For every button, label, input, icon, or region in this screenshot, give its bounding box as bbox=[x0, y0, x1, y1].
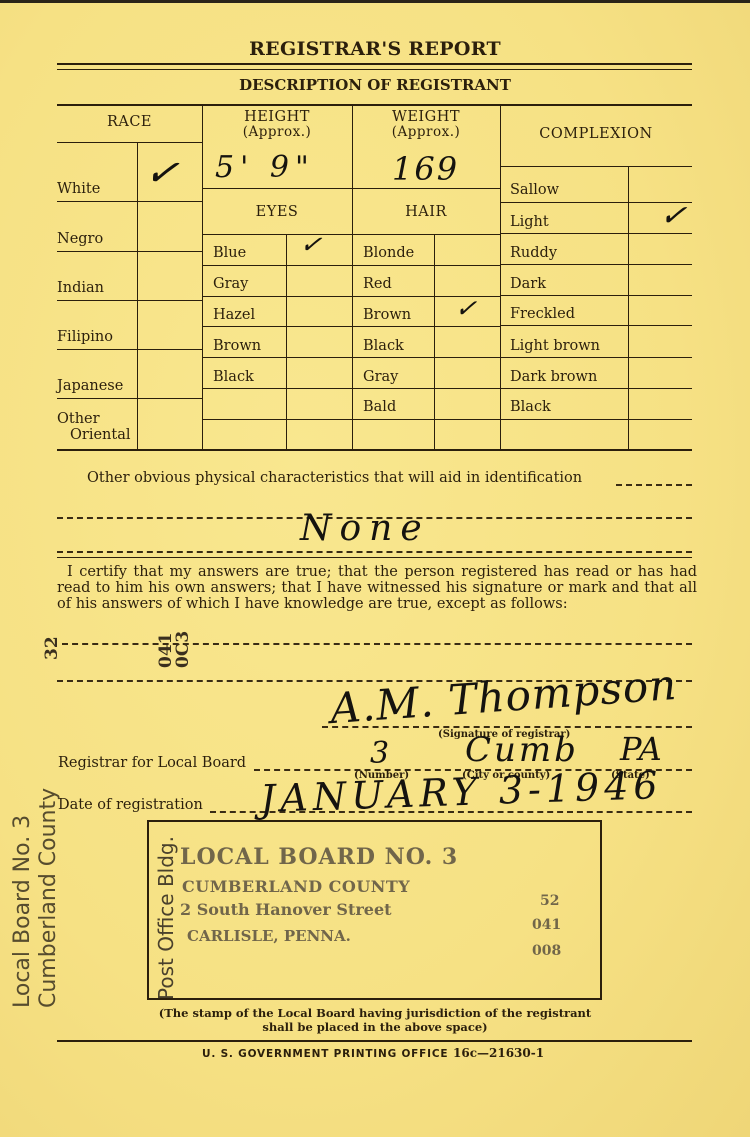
title-double-rule bbox=[57, 63, 692, 70]
rule bbox=[202, 296, 352, 297]
date-label: Date of registration bbox=[58, 797, 203, 813]
rule bbox=[57, 142, 202, 143]
rule bbox=[352, 419, 500, 420]
weight-header: WEIGHT(Approx.) bbox=[352, 110, 500, 140]
rule bbox=[57, 557, 692, 558]
race-option-filipino: Filipino bbox=[57, 329, 113, 345]
race-option-other-line1: Other bbox=[57, 411, 100, 427]
local-board-city[interactable]: Cumb bbox=[465, 730, 579, 770]
rule bbox=[352, 357, 500, 358]
stamp-code-041-0c3: 0410C3 bbox=[158, 668, 195, 702]
board-stamp-line1: LOCAL BOARD NO. 3 bbox=[180, 844, 458, 870]
dotted-line bbox=[322, 726, 692, 728]
rule bbox=[57, 201, 202, 202]
eyes-check-divider bbox=[286, 234, 287, 449]
other-characteristics-value[interactable]: None bbox=[300, 508, 430, 549]
weight-approx-label: (Approx.) bbox=[392, 124, 461, 140]
side-stamp-line2: Cumberland County bbox=[36, 788, 61, 1008]
eyes-option-blue: Blue bbox=[213, 245, 246, 261]
rule bbox=[57, 398, 202, 399]
rule bbox=[57, 300, 202, 301]
rule bbox=[352, 388, 500, 389]
complexion-option-light: Light bbox=[510, 214, 549, 230]
board-stamp-line2: CUMBERLAND COUNTY bbox=[182, 877, 410, 896]
rule bbox=[500, 264, 692, 265]
complexion-option-black: Black bbox=[510, 399, 551, 415]
race-white-checkbox[interactable]: ✓ bbox=[142, 148, 182, 198]
rule bbox=[500, 419, 692, 420]
race-header: RACE bbox=[57, 114, 202, 130]
race-option-negro: Negro bbox=[57, 231, 103, 247]
height-approx-label: (Approx.) bbox=[243, 124, 312, 140]
hair-header: HAIR bbox=[352, 204, 500, 220]
rule bbox=[57, 349, 202, 350]
hair-option-brown: Brown bbox=[363, 307, 411, 323]
rule bbox=[500, 325, 692, 326]
dotted-line bbox=[57, 551, 692, 553]
stamp-note: (The stamp of the Local Board having jur… bbox=[100, 1006, 650, 1034]
stamp-note-line2: shall be placed in the above space) bbox=[262, 1020, 487, 1034]
complexion-option-light-brown: Light brown bbox=[510, 338, 600, 354]
board-stamp-line3: 2 South Hanover Street bbox=[180, 900, 392, 919]
hair-option-bald: Bald bbox=[363, 399, 396, 415]
col-divider bbox=[500, 104, 501, 449]
top-edge bbox=[0, 0, 750, 3]
rule bbox=[352, 326, 500, 327]
rule bbox=[352, 265, 500, 266]
complexion-option-dark-brown: Dark brown bbox=[510, 369, 597, 385]
rule bbox=[202, 419, 352, 420]
col-divider bbox=[202, 104, 203, 449]
rule bbox=[500, 233, 692, 234]
local-board-number[interactable]: 3 bbox=[370, 736, 389, 771]
form-number: 16c—21630-1 bbox=[453, 1046, 544, 1060]
other-characteristics-label: Other obvious physical characteristics t… bbox=[87, 470, 582, 486]
race-option-other-oriental: OtherOriental bbox=[57, 411, 131, 443]
table-bottom-rule bbox=[57, 449, 692, 451]
footer-rule bbox=[57, 1040, 692, 1042]
height-header: HEIGHT(Approx.) bbox=[202, 110, 352, 140]
weight-label: WEIGHT bbox=[392, 109, 460, 125]
stamp-code-left: 32 bbox=[42, 636, 62, 660]
dotted-line bbox=[62, 643, 692, 645]
post-office-stamp-text: Post Office Bldg. bbox=[155, 836, 177, 1000]
complexion-check-divider bbox=[628, 166, 629, 449]
stamp-code-mid: 0410C3 bbox=[158, 631, 192, 668]
eyes-blue-checkbox[interactable]: ✓ bbox=[298, 229, 323, 261]
rule bbox=[202, 265, 352, 266]
local-board-label: Registrar for Local Board bbox=[58, 755, 246, 771]
stamp-note-line1: (The stamp of the Local Board having jur… bbox=[159, 1006, 591, 1020]
board-stamp-code2: 041 bbox=[532, 917, 561, 933]
eyes-option-black: Black bbox=[213, 369, 254, 385]
rule bbox=[352, 188, 500, 189]
rule bbox=[57, 251, 202, 252]
certification-text: I certify that my answers are true; that… bbox=[57, 564, 697, 612]
rule bbox=[202, 234, 352, 235]
table-top-rule bbox=[57, 104, 692, 106]
section-title: DESCRIPTION OF REGISTRANT bbox=[0, 76, 750, 94]
rule bbox=[500, 357, 692, 358]
race-option-white: White bbox=[57, 181, 100, 197]
race-option-other-line2: Oriental bbox=[57, 427, 131, 443]
race-option-indian: Indian bbox=[57, 280, 104, 296]
weight-value[interactable]: 169 bbox=[392, 150, 459, 188]
rule bbox=[500, 388, 692, 389]
complexion-option-ruddy: Ruddy bbox=[510, 245, 557, 261]
rule bbox=[202, 388, 352, 389]
race-option-japanese: Japanese bbox=[57, 378, 123, 394]
eyes-option-brown: Brown bbox=[213, 338, 261, 354]
complexion-light-checkbox[interactable]: ✓ bbox=[658, 195, 689, 236]
dotted-line bbox=[616, 484, 692, 486]
eyes-option-gray: Gray bbox=[213, 276, 248, 292]
hair-option-gray: Gray bbox=[363, 369, 398, 385]
race-check-divider bbox=[137, 142, 138, 449]
complexion-option-sallow: Sallow bbox=[510, 182, 559, 198]
side-stamp-line1: Local Board No. 3 bbox=[10, 815, 35, 1008]
printer-credit: U. S. GOVERNMENT PRINTING OFFICE bbox=[202, 1048, 448, 1060]
rule bbox=[352, 234, 500, 235]
height-value[interactable]: 5' 9" bbox=[215, 150, 315, 185]
stamp-code-32: 32 bbox=[42, 660, 66, 680]
hair-check-divider bbox=[434, 234, 435, 449]
complexion-option-freckled: Freckled bbox=[510, 306, 575, 322]
side-stamp-text: Local Board No. 3Cumberland County bbox=[10, 788, 62, 1008]
board-stamp-line4: CARLISLE, PENNA. bbox=[187, 927, 351, 945]
hair-brown-checkbox[interactable]: ✓ bbox=[454, 293, 478, 324]
height-label: HEIGHT bbox=[244, 109, 310, 125]
complexion-header: COMPLEXION bbox=[500, 126, 692, 142]
hair-option-blonde: Blonde bbox=[363, 245, 414, 261]
col-divider bbox=[352, 104, 353, 449]
rule bbox=[500, 166, 692, 167]
eyes-option-hazel: Hazel bbox=[213, 307, 255, 323]
stamp-code-mid-bottom: 0C3 bbox=[173, 631, 193, 668]
page-title: REGISTRAR'S REPORT bbox=[0, 38, 750, 60]
rule bbox=[202, 188, 352, 189]
board-stamp-code3: 008 bbox=[532, 943, 561, 959]
board-stamp-code1: 52 bbox=[540, 893, 559, 909]
hair-option-red: Red bbox=[363, 276, 392, 292]
rule bbox=[202, 357, 352, 358]
hair-option-black: Black bbox=[363, 338, 404, 354]
post-office-line1: Post Office Bldg. bbox=[154, 836, 178, 1000]
rule bbox=[202, 326, 352, 327]
rule bbox=[500, 295, 692, 296]
eyes-header: EYES bbox=[202, 204, 352, 220]
complexion-option-dark: Dark bbox=[510, 276, 546, 292]
